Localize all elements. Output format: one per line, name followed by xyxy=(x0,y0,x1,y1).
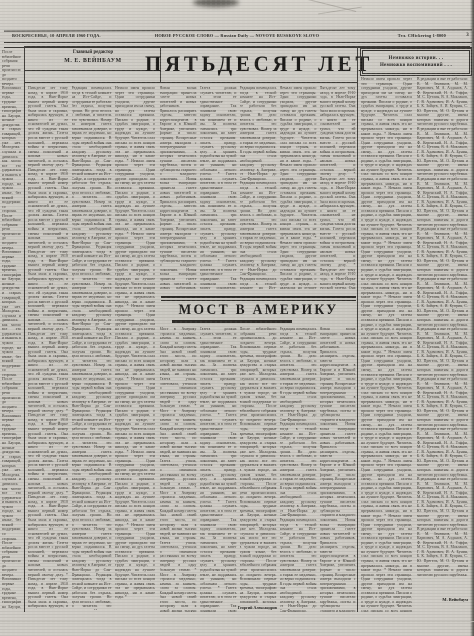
frame-left-rule xyxy=(24,46,25,612)
author-signature-right: М. Вейнбаум xyxy=(416,597,468,602)
editor-bottom-rule xyxy=(24,70,160,71)
memories-box-line2: Немножко воспоминаний . . . xyxy=(363,63,469,68)
page-edge-shadow xyxy=(470,0,474,636)
article-column: Новая волна эмиграции принесла газете но… xyxy=(320,327,356,612)
frame-top-rule xyxy=(24,46,470,47)
masthead-line: НОВОЕ РУССКОЕ СЛОВО — Russian Daily — NO… xyxy=(155,33,319,38)
top-rule xyxy=(4,29,472,31)
scan-smudge xyxy=(193,0,239,7)
headline-bottom-rule xyxy=(24,82,357,83)
article-column: В редакции и вне ее работали: В. М. Зенз… xyxy=(417,77,468,594)
memories-box: Немножко истории. . . Немножко воспомина… xyxy=(360,48,472,76)
headline2-top-rule xyxy=(161,296,356,298)
paper-crease xyxy=(0,621,474,622)
article-column: Газета должна служить читателю, и в этом… xyxy=(200,86,237,289)
article-column: Редакция помещалась тогда в тесной комна… xyxy=(280,327,317,612)
secondary-headline: МОСТ В АМЕРИКУ xyxy=(168,301,349,320)
memories-box-line1: Немножко истории. . . xyxy=(363,56,469,61)
headline2-bottom-bar xyxy=(172,320,292,323)
article-column: Немало имен прошло через эти страницы. О… xyxy=(115,86,155,610)
editor-name: М. Е. ВЕЙНБАУМ xyxy=(28,58,158,64)
scan-scratch xyxy=(300,0,357,12)
article-column: После юбилейного собрания речи произноси… xyxy=(240,327,277,603)
newspaper-page: ВОСКРЕСЕНЬЕ, 10 АПРЕЛЯ 1960 ГОДА. НОВОЕ … xyxy=(0,0,474,636)
section-divider-rule xyxy=(357,46,358,612)
article-column: Редакция помещалась тогда в тесной комна… xyxy=(240,86,277,289)
article-column: Новая волна эмиграции принесла газете но… xyxy=(160,86,197,289)
article-column: Пятьдесят лет тому назад, в апреле 1910 … xyxy=(28,86,68,610)
author-signature-center: Георгий Александров xyxy=(234,605,277,610)
margin-column: После юбилейного собрания речи произноси… xyxy=(2,50,21,610)
phone-number: Тел. CHickering 1-8000 xyxy=(398,33,446,38)
article-column: Мост в Америку строился медленно, камень… xyxy=(160,327,197,612)
article-column: Немало имен прошло через эти страницы. О… xyxy=(280,86,317,289)
editor-role-label: Главный редактор xyxy=(28,50,158,55)
page-number: 3 xyxy=(466,33,469,38)
article-column: Редакция помещалась тогда в тесной комна… xyxy=(72,86,112,610)
editor-box: Главный редактор М. Е. ВЕЙНБАУМ xyxy=(28,50,158,64)
dateline: ВОСКРЕСЕНЬЕ, 10 АПРЕЛЯ 1960 ГОДА. xyxy=(12,33,101,38)
article-column: Немало имен прошло через эти страницы. О… xyxy=(361,77,412,612)
article-column: Газета должна служить читателю, и в этом… xyxy=(200,327,237,612)
article-column: Пятьдесят лет тому назад, в апреле 1910 … xyxy=(320,86,356,289)
main-headline: ПЯТЬДЕСЯТ ЛЕТ xyxy=(167,48,351,80)
